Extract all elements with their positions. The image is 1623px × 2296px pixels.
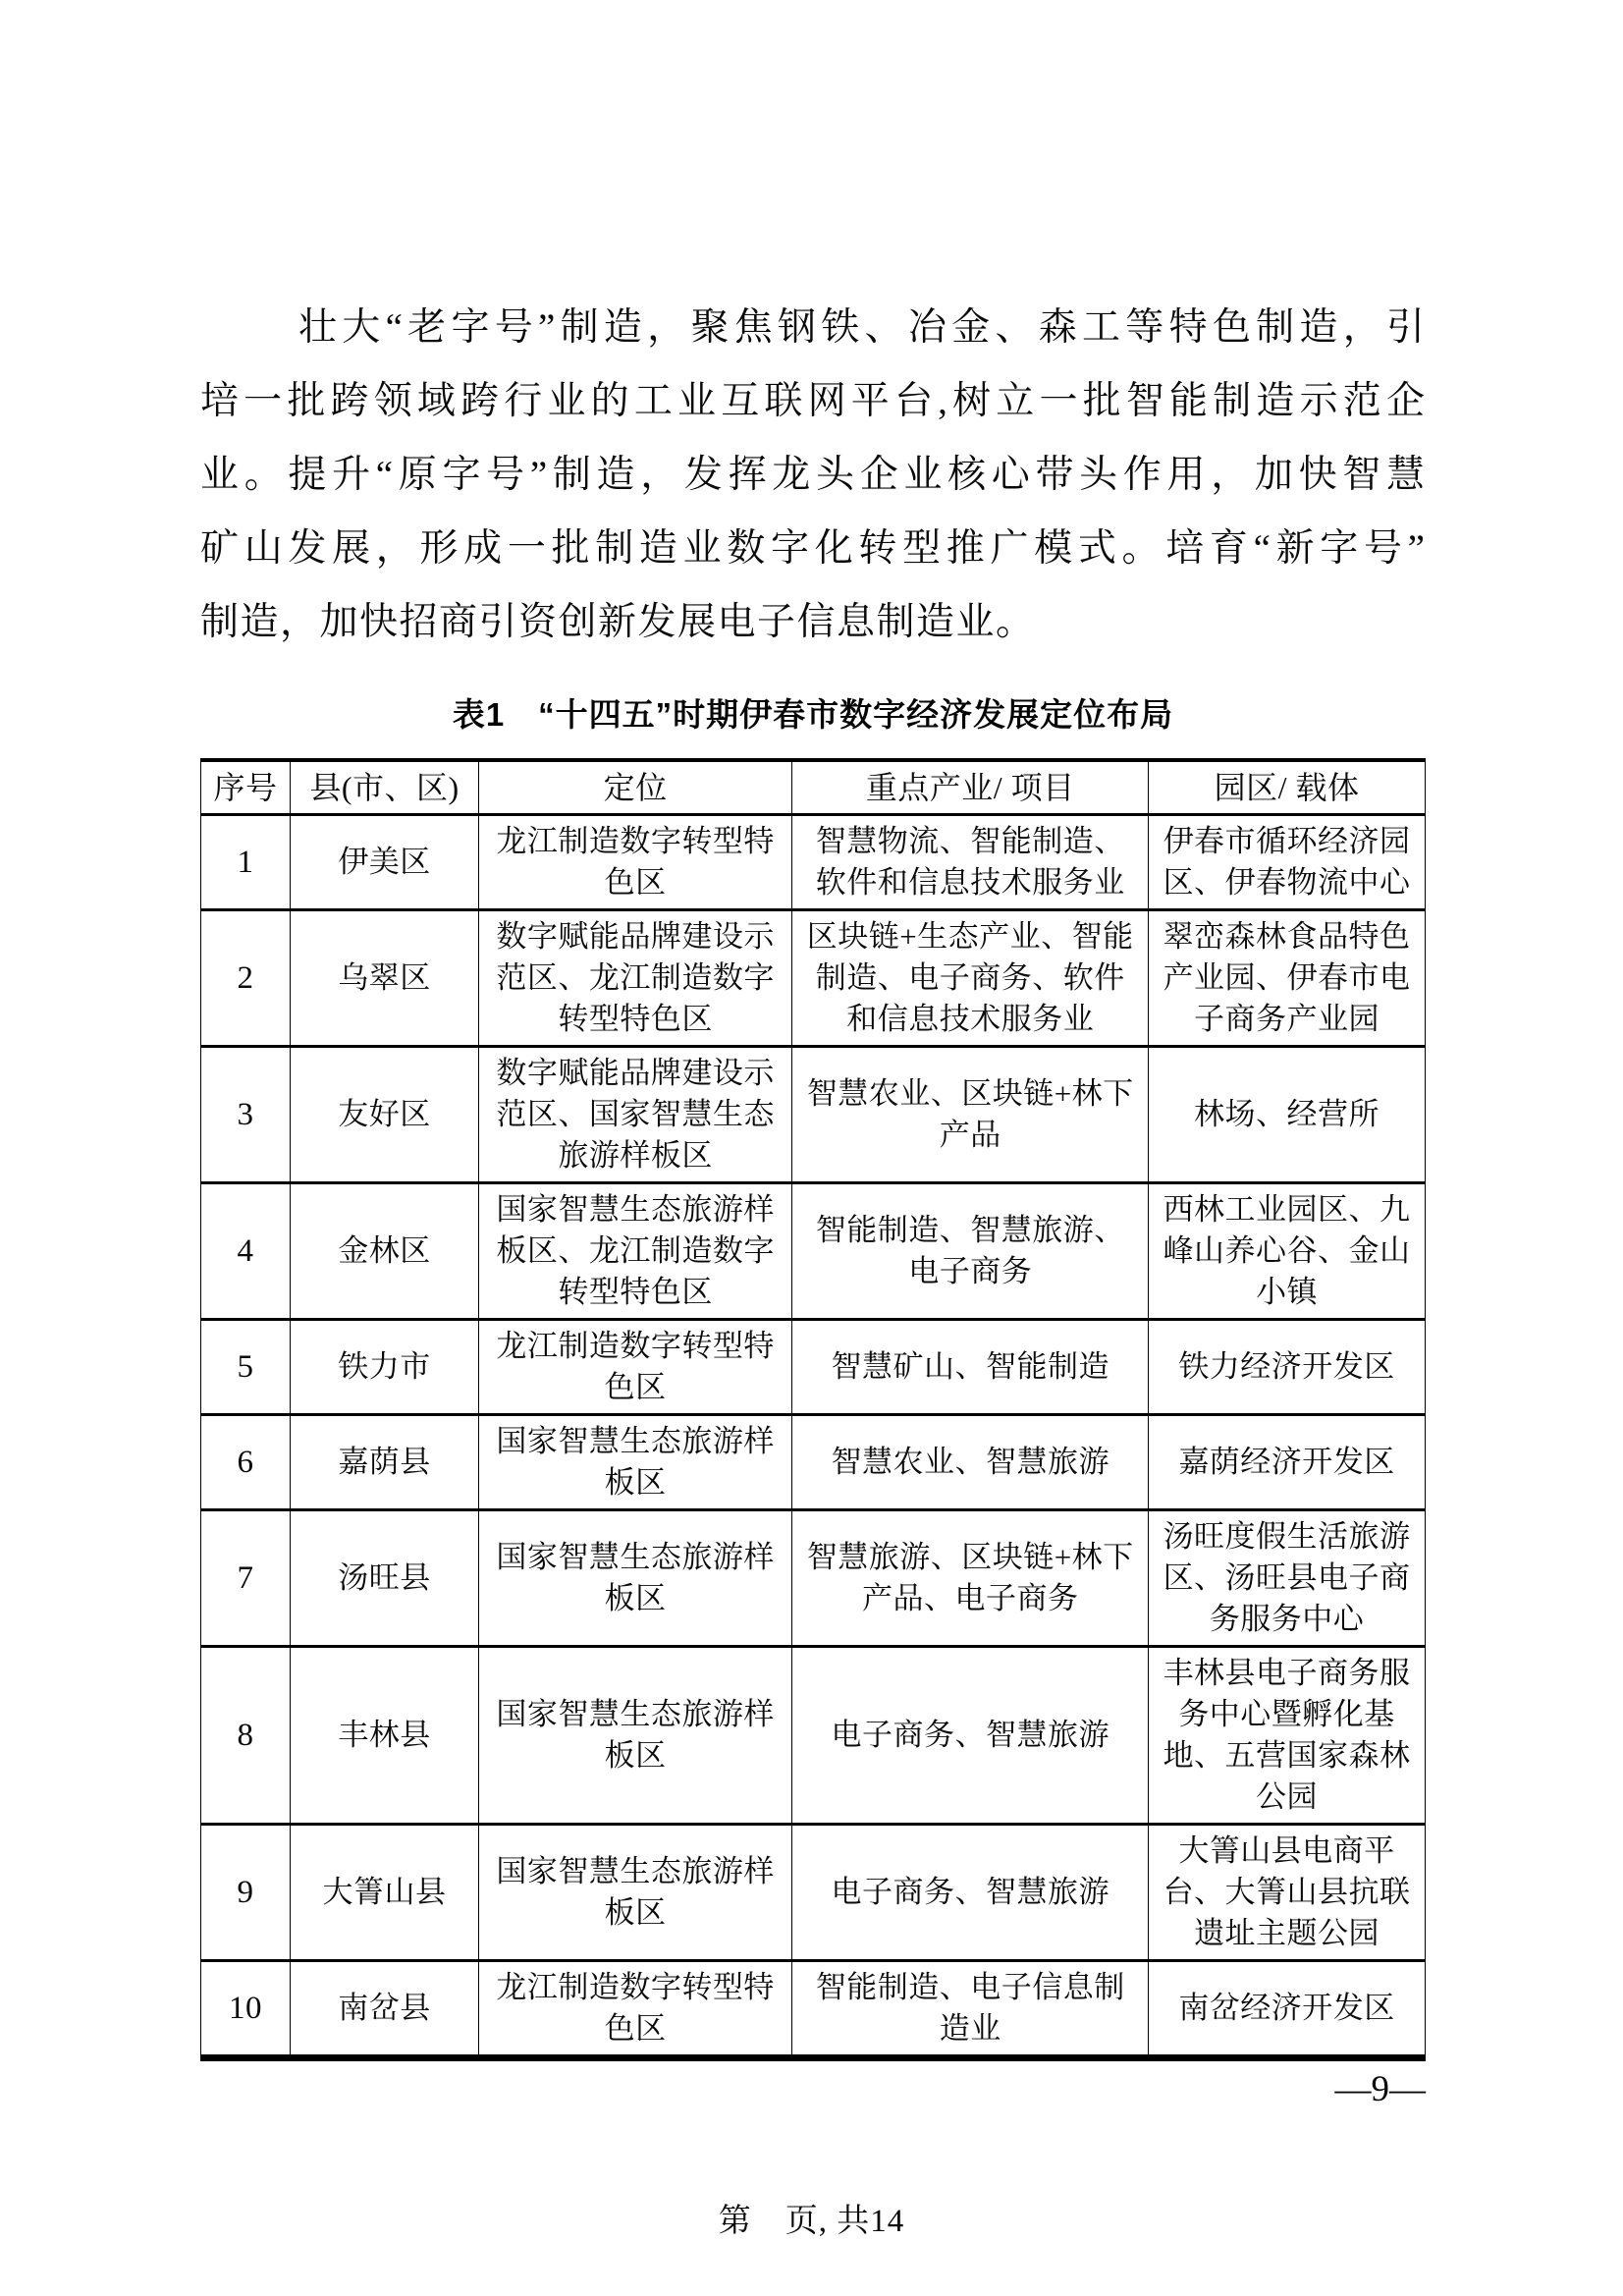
cell-industries: 智能制造、智慧旅游、电子商务 [792,1183,1149,1320]
table-row: 5铁力市龙江制造数字转型特色区智慧矿山、智能制造铁力经济开发区 [201,1320,1426,1415]
paragraph-line: 培一批跨领域跨行业的工业互联网平台,树立一批智能制造示范企 [200,364,1426,438]
cell-parks: 大箐山县电商平台、大箐山县抗联遗址主题公园 [1149,1825,1426,1961]
cell-industries: 智慧矿山、智能制造 [792,1320,1149,1415]
cell-industries: 智能制造、电子信息制造业 [792,1961,1149,2058]
body-paragraph: 壮大“老字号”制造，聚焦钢铁、冶金、森工等特色制造，引培一批跨领域跨行业的工业互… [200,291,1426,659]
cell-index: 6 [201,1415,291,1510]
cell-county: 丰林县 [291,1647,479,1825]
cell-parks: 林场、经营所 [1149,1047,1426,1183]
cell-county: 大箐山县 [291,1825,479,1961]
cell-industries: 智慧农业、智慧旅游 [792,1415,1149,1510]
cell-positioning: 龙江制造数字转型特色区 [479,815,792,910]
cell-index: 8 [201,1647,291,1825]
column-header: 园区/ 载体 [1149,760,1426,815]
table-body: 1伊美区龙江制造数字转型特色区智慧物流、智能制造、软件和信息技术服务业伊春市循环… [201,815,1426,2058]
table-header-row: 序号县(市、区)定位重点产业/ 项目园区/ 载体 [201,760,1426,815]
cell-positioning: 国家智慧生态旅游样板区 [479,1825,792,1961]
table-row: 9大箐山县国家智慧生态旅游样板区电子商务、智慧旅游大箐山县电商平台、大箐山县抗联… [201,1825,1426,1961]
cell-industries: 电子商务、智慧旅游 [792,1825,1149,1961]
cell-positioning: 国家智慧生态旅游样板区 [479,1415,792,1510]
paragraph-line: 业。提升“原字号”制造，发挥龙头企业核心带头作用，加快智慧 [200,438,1426,512]
table-row: 8丰林县国家智慧生态旅游样板区电子商务、智慧旅游丰林县电子商务服务中心暨孵化基地… [201,1647,1426,1825]
page-footer: 第 页, 共14 [0,2200,1623,2243]
cell-industries: 电子商务、智慧旅游 [792,1647,1149,1825]
cell-county: 铁力市 [291,1320,479,1415]
cell-county: 汤旺县 [291,1510,479,1647]
cell-parks: 翠峦森林食品特色产业园、伊春市电子商务产业园 [1149,910,1426,1047]
cell-parks: 南岔经济开发区 [1149,1961,1426,2058]
cell-industries: 智慧旅游、区块链+林下产品、电子商务 [792,1510,1149,1647]
cell-parks: 伊春市循环经济园区、伊春物流中心 [1149,815,1426,910]
paragraph-line: 矿山发展，形成一批制造业数字化转型推广模式。培育“新字号” [200,512,1426,585]
cell-positioning: 国家智慧生态旅游样板区、龙江制造数字转型特色区 [479,1183,792,1320]
cell-parks: 丰林县电子商务服务中心暨孵化基地、五营国家森林公园 [1149,1647,1426,1825]
cell-positioning: 数字赋能品牌建设示范区、国家智慧生态旅游样板区 [479,1047,792,1183]
cell-industries: 智慧农业、区块链+林下产品 [792,1047,1149,1183]
table-row: 3友好区数字赋能品牌建设示范区、国家智慧生态旅游样板区智慧农业、区块链+林下产品… [201,1047,1426,1183]
table-row: 4金林区国家智慧生态旅游样板区、龙江制造数字转型特色区智能制造、智慧旅游、电子商… [201,1183,1426,1320]
page-number: —9— [1335,2068,1427,2111]
cell-county: 伊美区 [291,815,479,910]
cell-county: 友好区 [291,1047,479,1183]
cell-positioning: 龙江制造数字转型特色区 [479,1320,792,1415]
cell-industries: 区块链+生态产业、智能制造、电子商务、软件和信息技术服务业 [792,910,1149,1047]
cell-index: 9 [201,1825,291,1961]
table-row: 6嘉荫县国家智慧生态旅游样板区智慧农业、智慧旅游嘉荫经济开发区 [201,1415,1426,1510]
document-page: 壮大“老字号”制造，聚焦钢铁、冶金、森工等特色制造，引培一批跨领域跨行业的工业互… [0,0,1623,2296]
cell-positioning: 国家智慧生态旅游样板区 [479,1647,792,1825]
cell-industries: 智慧物流、智能制造、软件和信息技术服务业 [792,815,1149,910]
column-header: 定位 [479,760,792,815]
cell-index: 3 [201,1047,291,1183]
paragraph-line: 壮大“老字号”制造，聚焦钢铁、冶金、森工等特色制造，引 [200,291,1426,364]
cell-parks: 汤旺度假生活旅游区、汤旺县电子商务服务中心 [1149,1510,1426,1647]
table-row: 7汤旺县国家智慧生态旅游样板区智慧旅游、区块链+林下产品、电子商务汤旺度假生活旅… [201,1510,1426,1647]
table-title: 表1 “十四五”时期伊春市数字经济发展定位布局 [200,693,1426,737]
cell-county: 嘉荫县 [291,1415,479,1510]
column-header: 重点产业/ 项目 [792,760,1149,815]
paragraph-line: 制造，加快招商引资创新发展电子信息制造业。 [200,585,1426,659]
cell-parks: 嘉荫经济开发区 [1149,1415,1426,1510]
cell-positioning: 龙江制造数字转型特色区 [479,1961,792,2058]
column-header: 县(市、区) [291,760,479,815]
cell-parks: 西林工业园区、九峰山养心谷、金山小镇 [1149,1183,1426,1320]
table-row: 1伊美区龙江制造数字转型特色区智慧物流、智能制造、软件和信息技术服务业伊春市循环… [201,815,1426,910]
table-row: 2乌翠区数字赋能品牌建设示范区、龙江制造数字转型特色区区块链+生态产业、智能制造… [201,910,1426,1047]
table-row: 10南岔县龙江制造数字转型特色区智能制造、电子信息制造业南岔经济开发区 [201,1961,1426,2058]
cell-index: 1 [201,815,291,910]
cell-index: 5 [201,1320,291,1415]
cell-index: 4 [201,1183,291,1320]
cell-county: 金林区 [291,1183,479,1320]
column-header: 序号 [201,760,291,815]
cell-county: 南岔县 [291,1961,479,2058]
cell-index: 10 [201,1961,291,2058]
positioning-layout-table: 序号县(市、区)定位重点产业/ 项目园区/ 载体 1伊美区龙江制造数字转型特色区… [200,758,1426,2061]
cell-index: 7 [201,1510,291,1647]
cell-positioning: 国家智慧生态旅游样板区 [479,1510,792,1647]
cell-parks: 铁力经济开发区 [1149,1320,1426,1415]
cell-index: 2 [201,910,291,1047]
cell-positioning: 数字赋能品牌建设示范区、龙江制造数字转型特色区 [479,910,792,1047]
cell-county: 乌翠区 [291,910,479,1047]
